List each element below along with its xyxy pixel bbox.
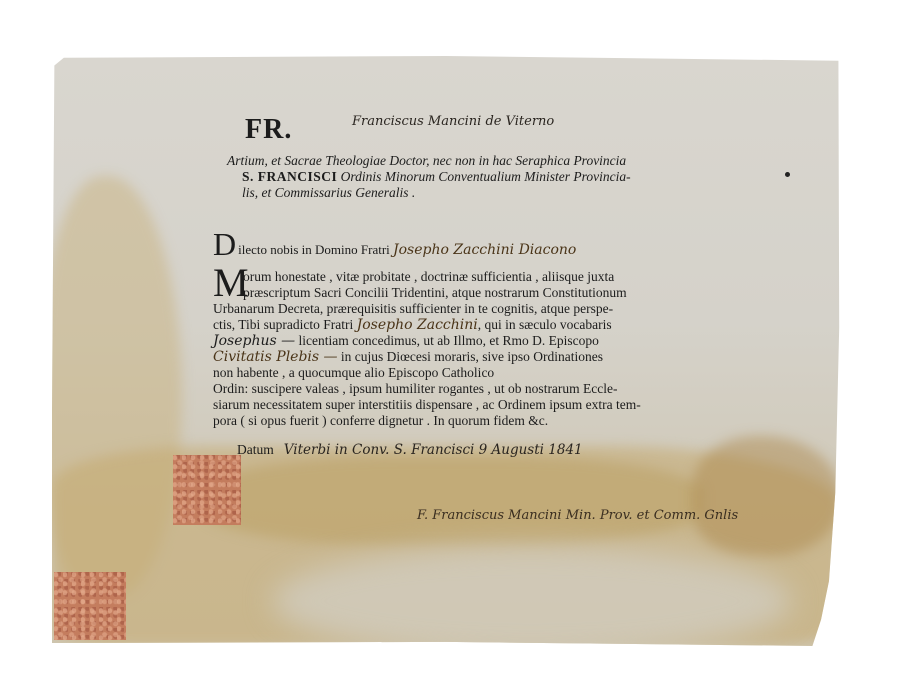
issuer-caps: S. FRANCISCI — [242, 169, 337, 184]
salutation-dropcap: D — [213, 230, 236, 258]
issuer-line-3: lis, et Commissarius Generalis . — [227, 185, 631, 201]
issuer-line-2-rest: Ordinis Minorum Conventualium Minister P… — [337, 169, 630, 184]
body-line-6: Civitatis Plebis — in cujus Diœcesi mora… — [213, 349, 641, 365]
document-title: FR. — [245, 114, 292, 146]
body-line-2: præscriptum Sacri Concilii Tridentini, a… — [213, 285, 641, 301]
body-line-6-text: in cujus Diœcesi moraris, sive ipso Ordi… — [341, 349, 603, 364]
body-line-4-suffix: , qui in sæculo vocabaris — [478, 317, 612, 332]
body-line-4: ctis, Tibi supradicto Fratri Josepho Zac… — [213, 317, 641, 333]
document-paper: FR. Franciscus Mancini de Viterno Artium… — [52, 56, 840, 646]
body-line-4-prefix: ctis, Tibi supradicto Fratri — [213, 317, 353, 332]
handwritten-signature: F. Franciscus Mancini Min. Prov. et Comm… — [417, 508, 738, 523]
body-line-5: Josephus — licentiam concedimus, ut ab I… — [213, 333, 641, 349]
water-stain-middle — [202, 456, 702, 546]
body-text: orum honestate , vitæ probitate , doctri… — [213, 269, 641, 429]
handwritten-issuer-name: Franciscus Mancini de Viterno — [352, 114, 554, 129]
water-stain-left — [42, 176, 182, 596]
datum-line: DatumViterbi in Conv. S. Francisci 9 Aug… — [237, 442, 583, 458]
water-stain-bottom — [52, 446, 840, 646]
issuer-line-2: S. FRANCISCI Ordinis Minorum Conventuali… — [227, 169, 631, 185]
handwritten-secular-name: Josephus — — [213, 333, 295, 349]
paper-light-area — [272, 546, 792, 656]
ink-dot — [785, 172, 790, 177]
water-stain-right — [692, 436, 842, 556]
handwritten-recipient: Josepho Zacchini Diacono — [393, 242, 576, 258]
salutation: Dilecto nobis in Domino Fratri Josepho Z… — [213, 230, 576, 258]
datum-label: Datum — [237, 442, 274, 457]
salutation-text: ilecto nobis in Domino Fratri — [238, 242, 390, 257]
body-line-8: Ordin: suscipere valeas , ipsum humilite… — [213, 381, 641, 397]
body-line-9: siarum necessitatem super interstitiis d… — [213, 397, 641, 413]
wax-seal-upper — [173, 455, 241, 525]
wax-seal-lower — [54, 572, 126, 640]
issuer-titles: Artium, et Sacrae Theologiae Doctor, nec… — [227, 153, 631, 201]
body-line-1: orum honestate , vitæ probitate , doctri… — [213, 269, 641, 285]
handwritten-date-place: Viterbi in Conv. S. Francisci 9 Augusti … — [284, 442, 583, 458]
body-line-5-text: licentiam concedimus, ut ab Illmo, et Rm… — [299, 333, 599, 348]
handwritten-recipient-2: Josepho Zacchini — [357, 317, 478, 333]
issuer-line-1: Artium, et Sacrae Theologiae Doctor, nec… — [227, 153, 631, 169]
body-line-7: non habente , a quocumque alio Episcopo … — [213, 365, 641, 381]
handwritten-diocese: Civitatis Plebis — — [213, 349, 338, 365]
body-line-10: pora ( si opus fuerit ) conferre dignetu… — [213, 413, 641, 429]
body-line-3: Urbanarum Decreta, prærequisitis suffici… — [213, 301, 641, 317]
